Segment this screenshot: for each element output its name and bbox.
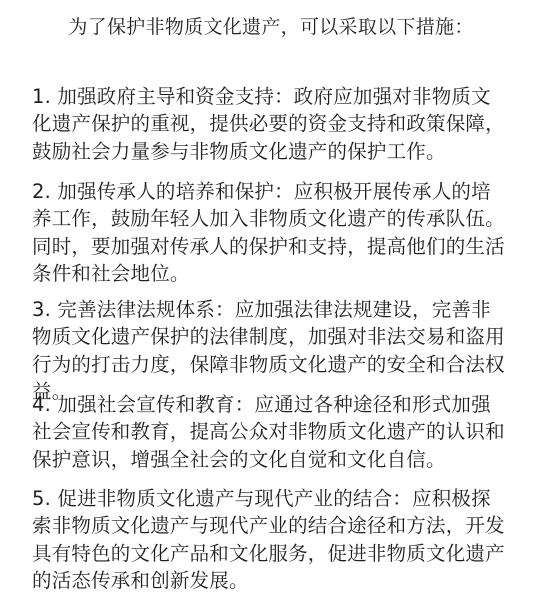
measure-item-1: 1. 加强政府主导和资金支持：政府应加强对非物质文化遗产保护的重视，提供必要的资… — [32, 83, 510, 165]
document-title: 为了保护非物质文化遗产，可以采取以下措施： — [0, 13, 542, 41]
measure-item-5: 5. 促进非物质文化遗产与现代产业的结合：应积极探索非物质文化遗产与现代产业的结… — [32, 485, 510, 594]
measure-item-4: 4. 加强社会宣传和教育：应通过各种途径和形式加强社会宣传和教育，提高公众对非物… — [32, 391, 510, 473]
measure-item-3: 3. 完善法律法规体系：应加强法律法规建设，完善非物质文化遗产保护的法律制度，加… — [32, 296, 510, 405]
document-page: 为了保护非物质文化遗产，可以采取以下措施： 1. 加强政府主导和资金支持：政府应… — [0, 0, 542, 600]
measure-item-2: 2. 加强传承人的培养和保护：应积极开展传承人的培养工作，鼓励年轻人加入非物质文… — [32, 178, 510, 287]
